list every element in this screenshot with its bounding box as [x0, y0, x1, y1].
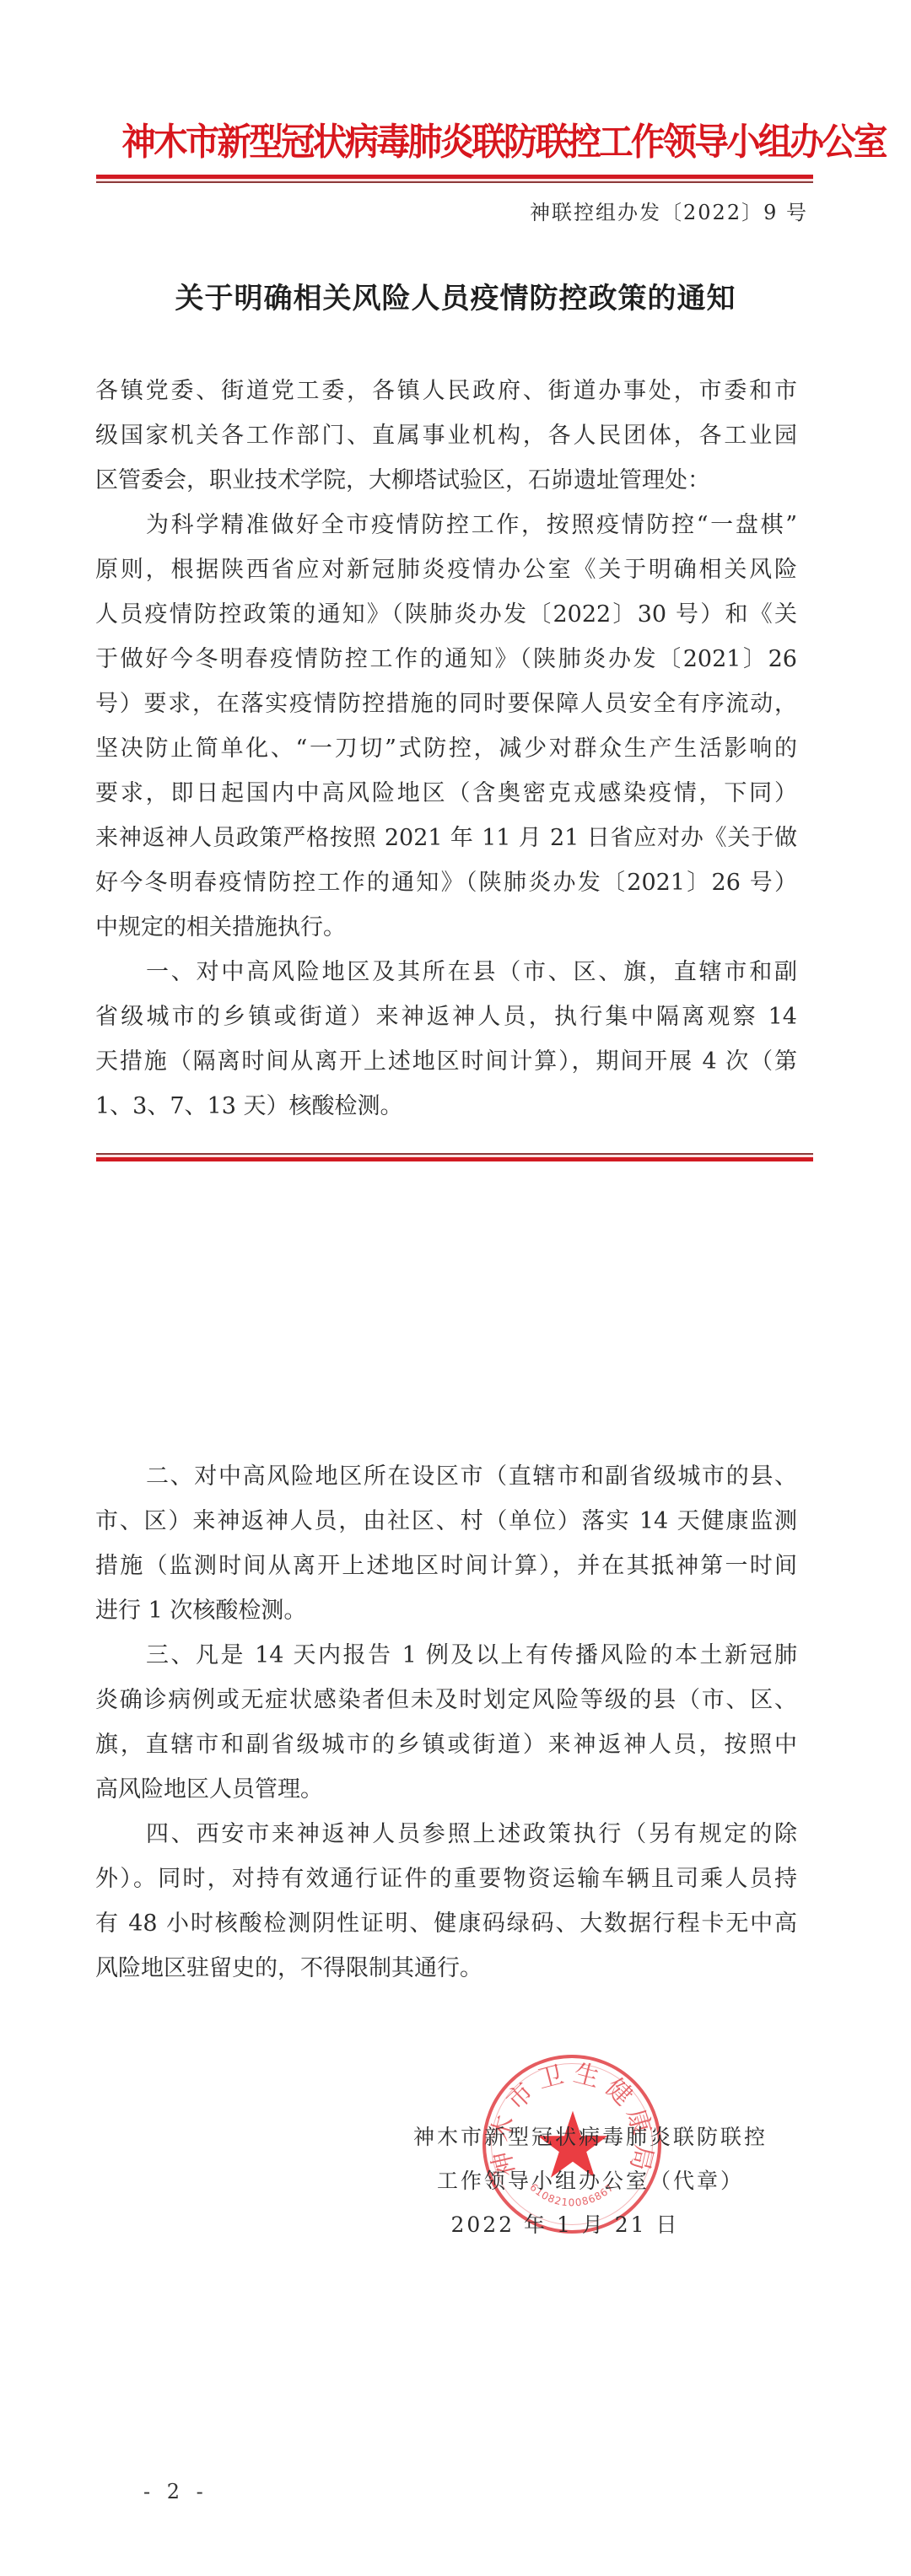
- header-double-rule: [96, 175, 813, 183]
- signature-issuer: 神木市新型冠状病毒肺炎联防联控: [388, 2115, 793, 2159]
- body-line: 省级城市的乡镇或街道）来神返神人员，执行集中隔离观察 14: [95, 994, 797, 1039]
- body-line: 坚决防止简单化、“一刀切”式防控，减少对群众生产生活影响的: [95, 726, 797, 771]
- body-line: 外）。同时，对持有效通行证件的重要物资运输车辆且司乘人员持: [95, 1857, 797, 1901]
- body-line: 市、区）来神返神人员，由社区、村（单位）落实 14 天健康监测: [95, 1499, 797, 1544]
- document-page: 神木市新型冠状病毒肺炎联防联控工作领导小组办公室 神联控组办发〔2022〕9 号…: [0, 0, 911, 2576]
- body-line: 1、3、7、13 天）核酸检测。: [95, 1084, 797, 1129]
- body-line: 二、对中高风险地区所在设区市（直辖市和副省级城市的县、: [95, 1454, 797, 1499]
- body-line: 来神返神人员政策严格按照 2021 年 11 月 21 日省应对办《关于做: [95, 816, 797, 860]
- body-line: 区管委会，职业技术学院，大柳塔试验区，石峁遗址管理处：: [95, 458, 797, 503]
- body-line: 风险地区驻留史的，不得限制其通行。: [95, 1946, 797, 1991]
- body-line: 为科学精准做好全市疫情防控工作，按照疫情防控“一盘棋”: [95, 503, 797, 547]
- body-line: 人员疫情防控政策的通知》（陕肺炎办发〔2022〕30 号）和《关: [95, 592, 797, 637]
- body-line: 要求，即日起国内中高风险地区（含奥密克戎感染疫情，下同）: [95, 771, 797, 816]
- document-title: 关于明确相关风险人员疫情防控政策的通知: [118, 278, 793, 319]
- body-line: 原则，根据陕西省应对新冠肺炎疫情办公室《关于明确相关风险: [95, 547, 797, 592]
- body-line: 各镇党委、街道党工委，各镇人民政府、街道办事处，市委和市: [95, 369, 797, 413]
- page1-body: 各镇党委、街道党工委，各镇人民政府、街道办事处，市委和市 级国家机关各工作部门、…: [95, 369, 797, 1129]
- body-line: 有 48 小时核酸检测阴性证明、健康码绿码、大数据行程卡无中高: [95, 1901, 797, 1946]
- body-line: 于做好今冬明春疫情防控工作的通知》（陕肺炎办发〔2021〕26: [95, 637, 797, 682]
- body-line: 高风险地区人员管理。: [95, 1767, 797, 1812]
- page-number: - 2 -: [143, 2480, 208, 2503]
- body-line: 三、凡是 14 天内报告 1 例及以上有传播风险的本土新冠肺: [95, 1633, 797, 1678]
- page2-body: 二、对中高风险地区所在设区市（直辖市和副省级城市的县、 市、区）来神返神人员，由…: [95, 1454, 797, 1991]
- issuer-header: 神木市新型冠状病毒肺炎联防联控工作领导小组办公室: [121, 118, 789, 167]
- body-line: 天措施（隔离时间从离开上述地区时间计算），期间开展 4 次（第: [95, 1039, 797, 1084]
- body-line: 级国家机关各工作部门、直属事业机构，各人民团体，各工业园: [95, 413, 797, 458]
- body-line: 炎确诊病例或无症状感染者但未及时划定风险等级的县（市、区、: [95, 1678, 797, 1722]
- body-line: 一、对中高风险地区及其所在县（市、区、旗，直辖市和副: [95, 950, 797, 994]
- document-number: 神联控组办发〔2022〕9 号: [530, 196, 808, 229]
- footer-double-rule: [96, 1153, 813, 1161]
- body-line: 好今冬明春疫情防控工作的通知》（陕肺炎办发〔2021〕26 号）: [95, 860, 797, 905]
- body-line: 号）要求，在落实疫情防控措施的同时要保障人员安全有序流动，: [95, 682, 797, 726]
- body-line: 措施（监测时间从离开上述地区时间计算），并在其抵神第一时间: [95, 1544, 797, 1588]
- signature-block: 神木市新型冠状病毒肺炎联防联控 工作领导小组办公室（代章） 2022 年 1 月…: [388, 2115, 793, 2247]
- signature-office: 工作领导小组办公室（代章）: [388, 2159, 793, 2203]
- signature-date: 2022 年 1 月 21 日: [388, 2203, 793, 2247]
- body-line: 中规定的相关措施执行。: [95, 905, 797, 950]
- body-line: 四、西安市来神返神人员参照上述政策执行（另有规定的除: [95, 1812, 797, 1857]
- body-line: 进行 1 次核酸检测。: [95, 1588, 797, 1633]
- body-line: 旗，直辖市和副省级城市的乡镇或街道）来神返神人员，按照中: [95, 1722, 797, 1767]
